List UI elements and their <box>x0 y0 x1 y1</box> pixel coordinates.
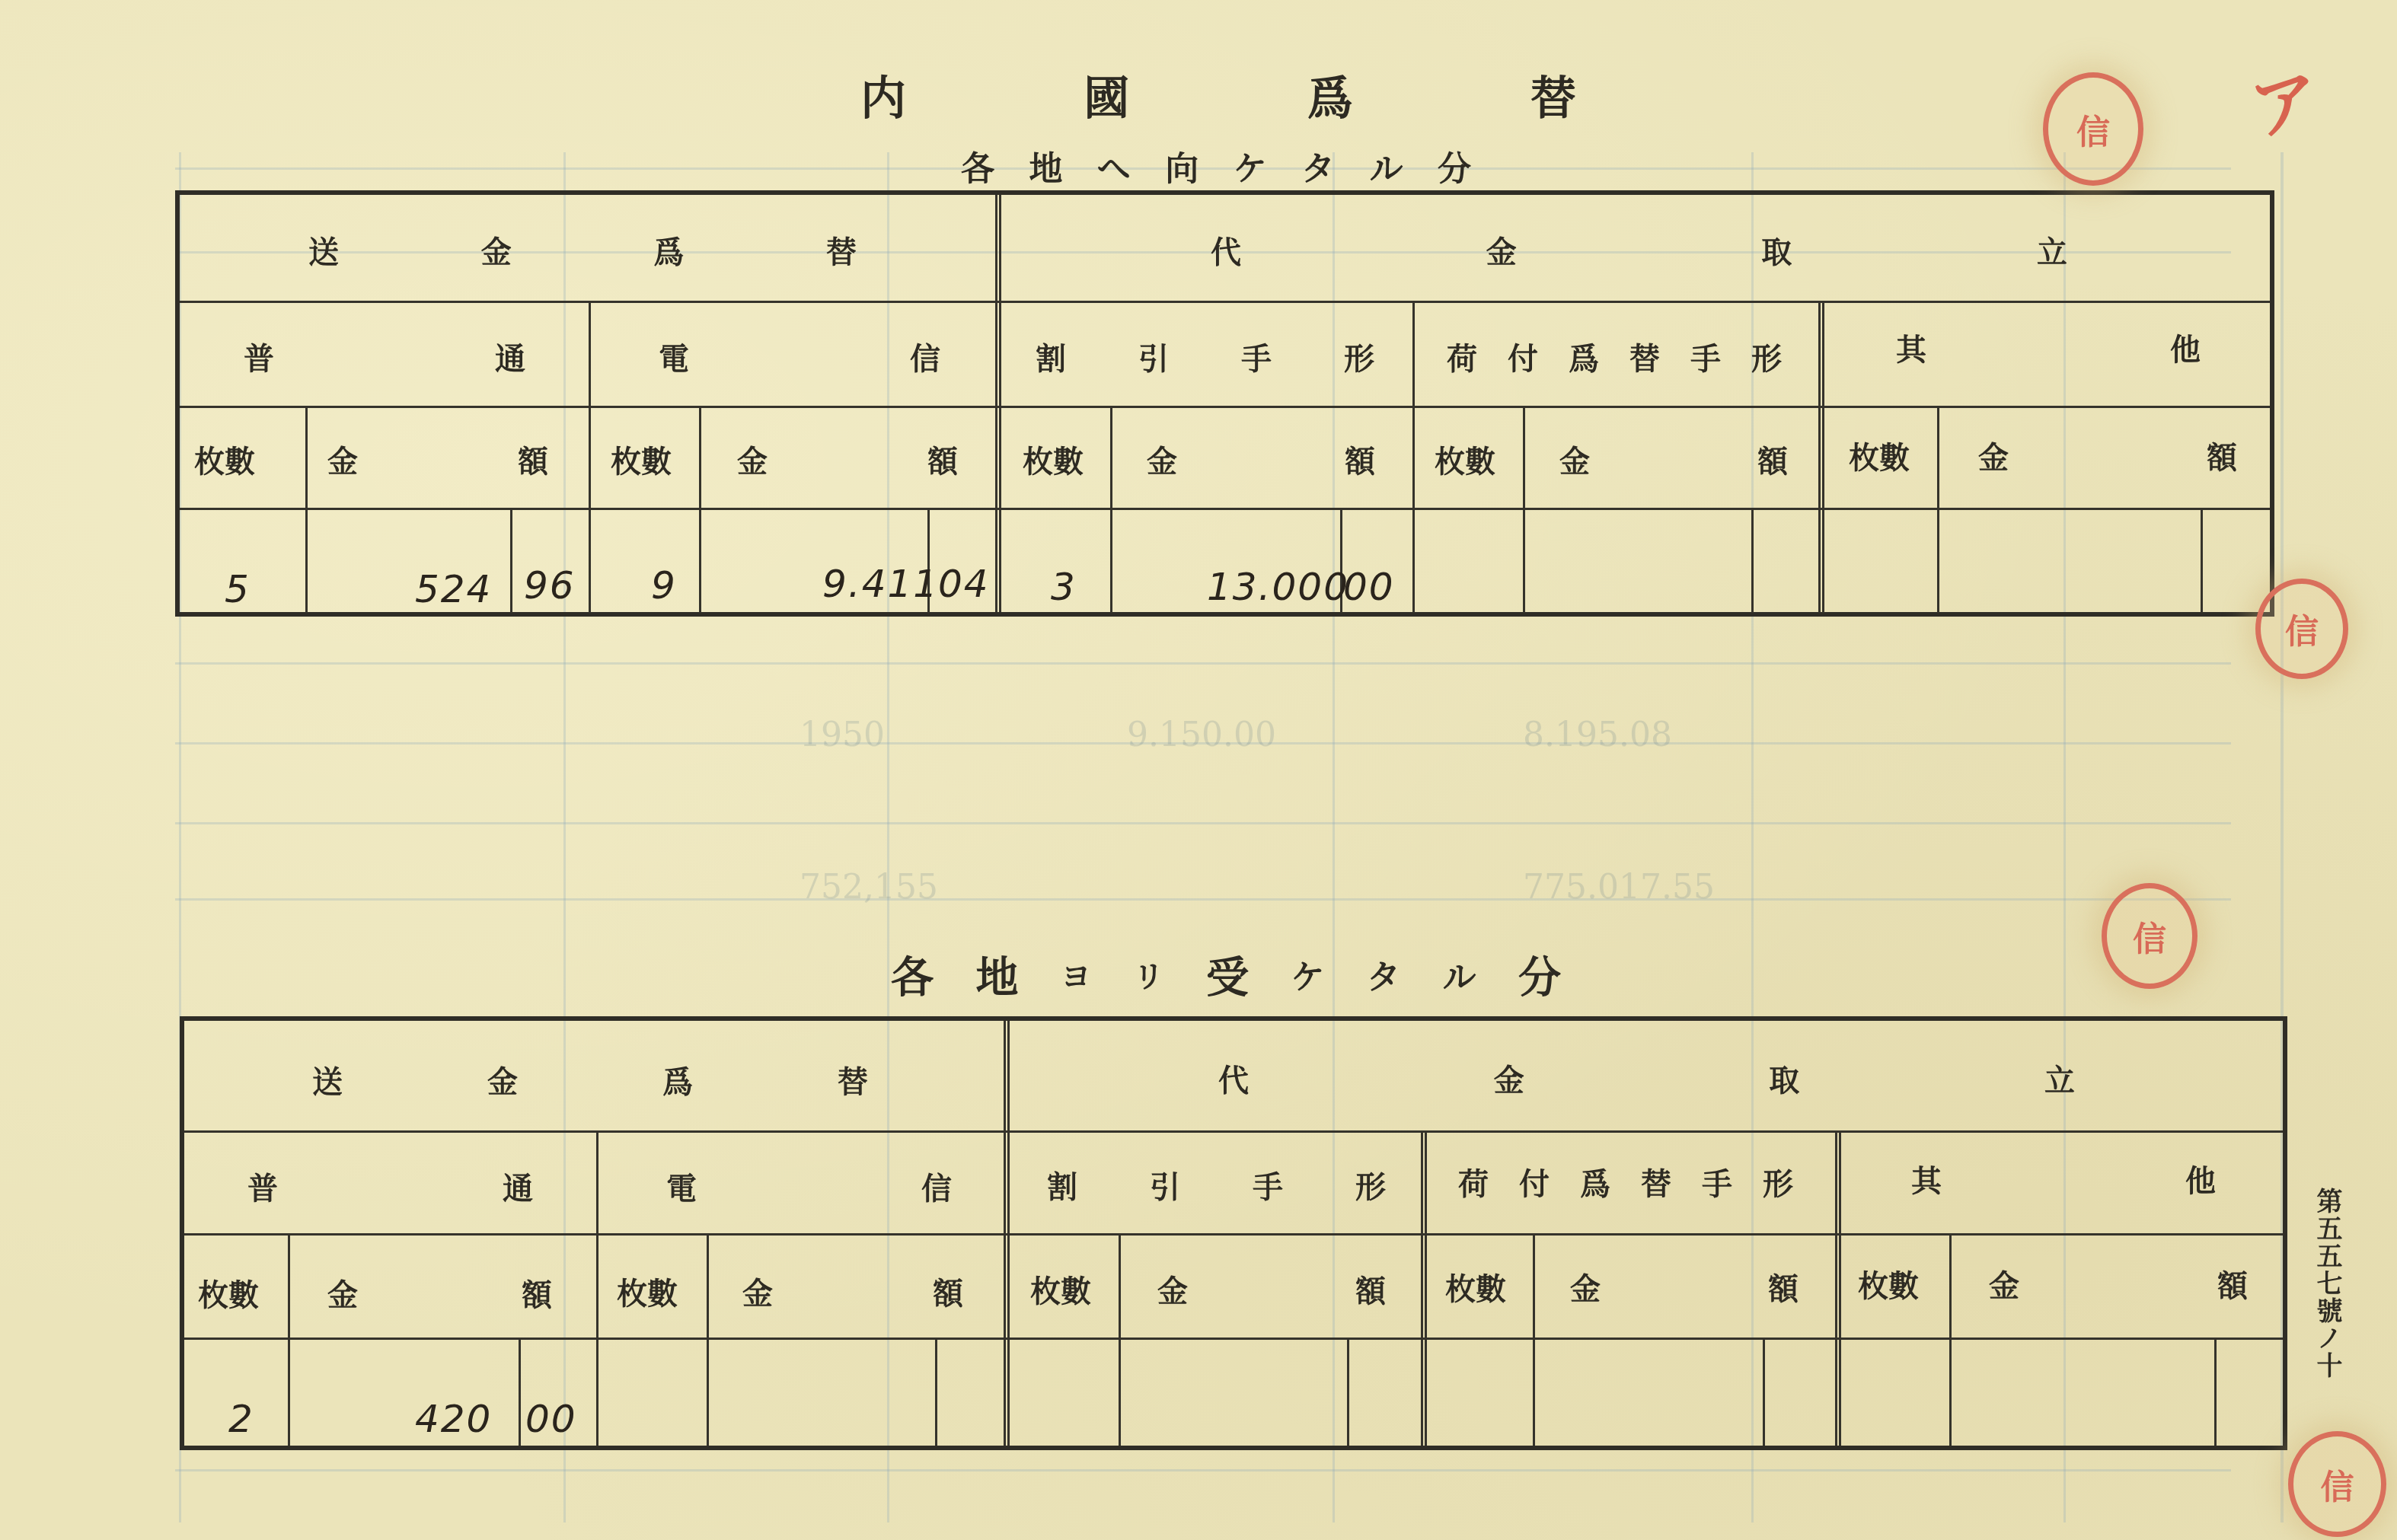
telegraphic-amount-yen: 9.411 <box>822 562 939 606</box>
heading-char: 各 <box>961 142 994 190</box>
heading-char: 分 <box>1438 142 1471 190</box>
header-telegraphic: 電信 <box>659 335 940 378</box>
heading-char: 向 <box>1165 142 1198 190</box>
discount-amount-yen: 13.000 <box>1207 565 1349 609</box>
title-char: 國 <box>1084 62 1129 128</box>
ordinary-count-value: 5 <box>225 567 251 611</box>
section-heading-incoming: 各 地 ヨ リ 受 ケ タ ル 分 <box>891 944 1561 1005</box>
header-count: 枚數 <box>1858 1262 1919 1306</box>
header-count: 枚數 <box>1023 438 1084 481</box>
header-other: 其他 <box>1911 1157 2216 1200</box>
header-collection: 代金取立 <box>1211 228 2067 272</box>
header-discount-bill: 割引手形 <box>1036 335 1374 378</box>
seal-stamp-icon: 信 <box>2043 72 2143 186</box>
heading-char: 各 <box>891 944 934 1005</box>
title-char: 爲 <box>1307 62 1353 128</box>
page-title: 内 國 爲 替 <box>860 62 1576 128</box>
heading-char: 地 <box>976 944 1019 1005</box>
ordinary-amount-sen: 00 <box>525 1397 577 1441</box>
header-collection: 代金取立 <box>1218 1057 2075 1100</box>
header-amount: 金額 <box>737 438 958 481</box>
header-count: 枚數 <box>1435 438 1495 481</box>
heading-char: ケ <box>1234 142 1267 190</box>
header-remittance: 送金爲替 <box>308 228 857 272</box>
heading-char: ケ <box>1291 950 1325 999</box>
header-count: 枚數 <box>611 438 672 481</box>
document-number-label: 第五五七號ノ十 <box>2309 1188 2346 1379</box>
header-count: 枚數 <box>1445 1265 1506 1309</box>
header-count: 枚數 <box>1030 1267 1091 1311</box>
header-ordinary: 普通 <box>244 335 525 378</box>
heading-char: タ <box>1367 950 1400 999</box>
title-char: 替 <box>1530 62 1576 128</box>
heading-char: 受 <box>1206 944 1249 1005</box>
header-count: 枚數 <box>198 1271 259 1315</box>
header-amount: 金額 <box>1978 434 2237 477</box>
ordinary-amount-yen: 524 <box>415 567 492 611</box>
ordinary-count-value: 2 <box>228 1397 254 1441</box>
heading-char: へ <box>1097 142 1131 190</box>
seal-mark-icon: ア <box>2240 43 2328 155</box>
telegraphic-amount-sen: 04 <box>938 562 990 606</box>
header-count: 枚數 <box>194 438 255 481</box>
header-discount-bill: 割引手形 <box>1047 1163 1386 1207</box>
header-telegraphic: 電信 <box>666 1165 952 1208</box>
section-heading-outgoing: 各 地 へ 向 ケ タ ル 分 <box>961 142 1471 190</box>
header-other: 其他 <box>1896 326 2201 369</box>
header-amount: 金額 <box>1989 1262 2248 1306</box>
discount-count-value: 3 <box>1051 565 1077 609</box>
heading-char: リ <box>1134 953 1164 996</box>
header-amount: 金額 <box>742 1270 963 1313</box>
header-amount: 金額 <box>327 1271 552 1315</box>
header-ordinary: 普通 <box>247 1165 533 1208</box>
seal-stamp-icon: 信 <box>2102 883 2198 989</box>
heading-char: ヨ <box>1061 953 1091 996</box>
heading-char: ル <box>1443 950 1476 999</box>
header-count: 枚數 <box>617 1270 678 1313</box>
header-remittance: 送金爲替 <box>312 1058 868 1102</box>
ordinary-amount-yen: 420 <box>415 1397 492 1441</box>
seal-stamp-icon: 信 <box>2255 579 2348 679</box>
heading-char: 分 <box>1518 944 1561 1005</box>
header-amount: 金額 <box>1559 438 1788 481</box>
ordinary-amount-sen: 96 <box>524 563 576 607</box>
header-amount: 金額 <box>327 438 548 481</box>
heading-char: 地 <box>1029 142 1062 190</box>
telegraphic-count-value: 9 <box>651 563 677 607</box>
title-char: 内 <box>860 62 906 128</box>
header-amount: 金額 <box>1157 1267 1386 1311</box>
seal-stamp-icon: 信 <box>2288 1431 2386 1537</box>
header-documentary-bill: 荷付爲替手形 <box>1458 1160 1793 1204</box>
heading-char: タ <box>1301 142 1335 190</box>
header-amount: 金額 <box>1147 438 1375 481</box>
header-amount: 金額 <box>1570 1265 1799 1309</box>
header-documentary-bill: 荷付爲替手形 <box>1447 335 1782 378</box>
heading-char: ル <box>1370 142 1403 190</box>
header-count: 枚數 <box>1849 434 1910 477</box>
discount-amount-sen: 00 <box>1343 565 1395 609</box>
